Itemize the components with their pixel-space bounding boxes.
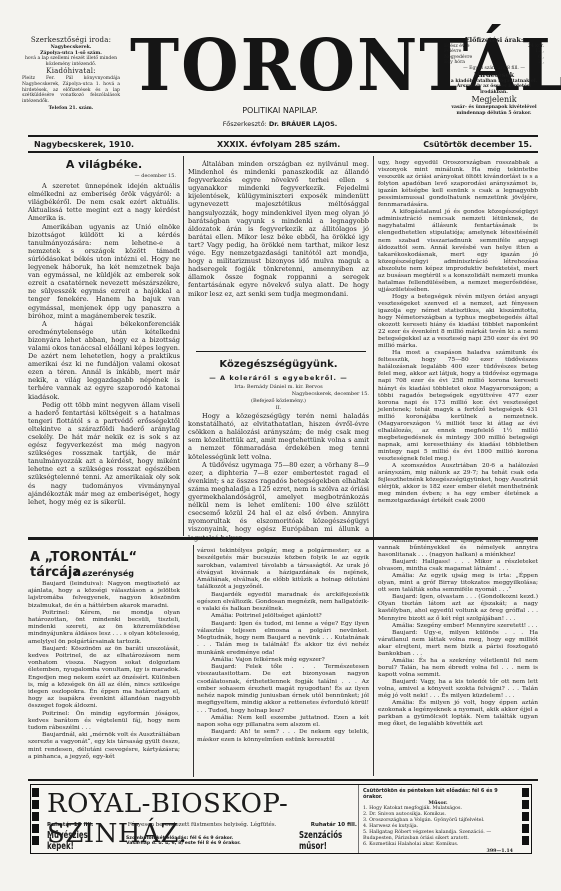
appears-text: vasár- és ünnepnapok kivételével mindenn… <box>444 105 544 116</box>
program-item: 5. Hallgatag Róbert végzetes kalandja. S… <box>363 830 513 842</box>
column-divider <box>373 156 374 776</box>
editorial-heading: Szerkesztőségi iroda: <box>22 36 120 45</box>
section-divider <box>28 779 538 781</box>
filmstrip-left-icon <box>32 785 40 845</box>
dateline-day: Csütörtök december 15. <box>417 140 538 149</box>
article-byline: Irta: Bernády Dániel m. kir. Bervos <box>188 384 369 391</box>
article-headline: Közegészségügyünk. <box>188 358 369 372</box>
paragraph: városi tekintélyes polgár, meg a polgárm… <box>197 548 369 592</box>
editor-name: Dr. BRÁUER LAJOS. <box>269 120 337 128</box>
article-vilagbeke: A világbéke. — december 15. A szeretet ü… <box>28 158 180 506</box>
paragraph: Baujard: Ah! te sem? . . . De nekem egy … <box>197 729 369 744</box>
paragraph: A kifogástalanul jó és gondos közegészsé… <box>378 209 538 294</box>
article-subheadline: — A koleráról s egyebekről. — <box>188 374 369 382</box>
slogan-right: Szenzációs műsor! <box>299 830 340 852</box>
cloakroom-price: Ruhatár 10 fill. <box>47 822 93 828</box>
editorial-note: hová a lap szellemi részét illető minden… <box>22 56 120 67</box>
paragraph: Amália: Poitrinel jelöltséget ajánlott? <box>197 613 369 620</box>
article-kozegeszseg: Közegészségügyünk. — A koleráról s egyeb… <box>188 354 369 542</box>
prices-heading: Előfizetési árak: <box>444 36 544 44</box>
paragraph: Baujardék egyedül maradnak és arckifejez… <box>197 592 369 614</box>
paragraph: Amerikában ugyanis az Unió elnöke bizott… <box>28 223 180 320</box>
article-vilagbeke-continued: Általában minden országban ez nyilvánul … <box>188 160 369 298</box>
paragraph: Pedig ott több mint negyven állam viseli… <box>28 401 180 506</box>
masthead-editorial-box: Szerkesztőségi iroda: Nagybecskerek. Záp… <box>22 36 120 112</box>
article-continued: (Befejező közlemény.) <box>188 398 369 405</box>
weekend-schedule: Szombaton két előadás: fél 6 és 9 órakor… <box>126 836 276 847</box>
paragraph: Hogy a betegségek révén milyen óriási an… <box>378 294 538 350</box>
editor-label: Főszerkesztő: <box>223 120 267 128</box>
cinema-advertisement: ROYAL-BIOSKOP-SZINHÁZ. Ruhatár 10 fill. … <box>30 784 532 854</box>
paragraph: Poitrinel: Ön mindig egyformán jóságos, … <box>28 711 180 733</box>
paragraph: Baujard (leinduiva): Nagyon megtiszteló … <box>28 581 180 610</box>
publisher-text: Pleitz Fer. Pál könyvnyomdája Nagybecske… <box>22 76 120 104</box>
divider <box>196 351 366 352</box>
paragraph: Baujardnál, aki „mérnök volt és Ausztrál… <box>28 732 180 761</box>
article-section: II. <box>188 405 369 412</box>
newspaper-subtitle: POLITIKAI NAPILAP. <box>150 106 410 116</box>
dateline-place-year: Nagybecskerek, 1910. <box>28 140 140 149</box>
paragraph: Baujard: Igen és tudod, mi lenne a vége?… <box>197 621 369 657</box>
paragraph: A tüdővész ugymagа 75—80 ezer, a vörhany… <box>188 461 369 542</box>
appears-heading: Megjelenik <box>444 95 544 105</box>
masthead-subscription-box: Előfizetési árak: Egész évre24 kor. Félé… <box>444 36 544 116</box>
editor-line: Főszerkesztő: Dr. BRÁUER LAJOS. <box>150 120 410 128</box>
paragraph: A szeretet ünnepének idején aktuális elm… <box>28 182 180 222</box>
ads-text: a kiadóhivatalban fogadtatnak el. Árszab… <box>444 79 544 95</box>
ad-code: 399—1.14 <box>363 848 513 854</box>
ads-heading: Hirdetések <box>444 71 544 79</box>
paragraph: Baujard: Felek tőle . . . Természetesen … <box>197 664 369 715</box>
column-divider <box>183 156 184 536</box>
paragraph: Baujard: Igen, olvastam . . . (Gondolkoz… <box>378 594 538 622</box>
paragraph: Amália: És milyen jó volt, hogy éppen az… <box>378 700 538 728</box>
program-box: Csütörtökön és pénteken két előadás: fél… <box>363 788 513 854</box>
paragraph: Amália: És ha a szekrény véletlenül fel … <box>378 658 538 679</box>
feuilleton-column-1: A szerénység Baujard (leinduiva): Nagyon… <box>28 568 180 761</box>
paragraph: Baujard: Köszönöm az ön baráti unszolásá… <box>28 646 180 711</box>
story-title: A szerénység <box>28 568 180 579</box>
feuilleton-column-2: városi tekintélyes polgár, meg a polgárm… <box>197 548 369 744</box>
ad-divider <box>358 785 359 853</box>
venue-description: Fényesen berendezett füstmentes helyiség… <box>128 822 277 828</box>
article-headline: A világbéke. <box>28 158 180 172</box>
column-divider <box>193 545 194 777</box>
paragraph: Amália: Az egyik ujság meg is irta: „Épp… <box>378 573 538 594</box>
paragraph: Ha most a csapáson haladva számitunk és … <box>378 350 538 463</box>
filmstrip-right-icon <box>522 785 530 845</box>
ad-info-row: Ruhatár 10 fill. Fényesen berendezett fü… <box>47 822 357 828</box>
dateline: Nagybecskerek, 1910. XXXIX. évfolyam 285… <box>28 137 538 151</box>
paragraph: A szomszédos Ausztriában 20·6 a halálozá… <box>378 463 538 505</box>
newspaper-title: TORONTÁL <box>130 27 430 103</box>
paragraph: Amália: Nem kell eszembe juttatnod. Ezen… <box>197 715 369 730</box>
paragraph: Amália: Vajon felkérnek még egyszer? <box>197 657 369 664</box>
paragraph: A hágai békekonferenciák eredménytelensé… <box>28 320 180 401</box>
paragraph: Általában minden országban ez nyilvánul … <box>188 160 369 298</box>
program-header: Csütörtökön és pénteken két előadás: fél… <box>363 788 513 800</box>
paragraph: Hogy a közegészségügy terén nemi haladás… <box>188 412 369 461</box>
feuilleton-column-3: Amália: Mert arck az ujságok most mindig… <box>378 538 538 728</box>
paragraph: Baujard: Vagy, ha a kis toledói tőr ott … <box>378 679 538 700</box>
dateline-volume: XXXIX. évfolyam 285 szám. <box>211 140 346 149</box>
paragraph: Poitrinel: Kérem, ne mondja olyan határo… <box>28 610 180 646</box>
cloakroom-price: Ruhatár 10 fill. <box>311 822 357 828</box>
article-kozegeszseg-continued: ugy, hogy egyedül Oroszországban rosszab… <box>378 160 538 505</box>
article-date: — december 15. <box>28 172 176 180</box>
paragraph: ugy, hogy egyedül Oroszországban rosszab… <box>378 160 538 209</box>
phone: Telefon 21. szám. <box>22 106 120 112</box>
paragraph: Amália: Szegény ember! Mennyire szeretet… <box>378 623 538 630</box>
ad-schedule-row: Művészies képek! Szombaton két előadás: … <box>47 833 357 849</box>
paragraph: Baujard: Ugy-e, milyen különös . . . Ha … <box>378 630 538 658</box>
paragraph: Baujard: Hallgass! . . . Mikor a részlet… <box>378 559 538 573</box>
divider <box>28 151 538 153</box>
paragraph: Amália: Mert arck az ujságok most mindig… <box>378 538 538 559</box>
slogan-left: Művészies képek! <box>47 830 86 852</box>
